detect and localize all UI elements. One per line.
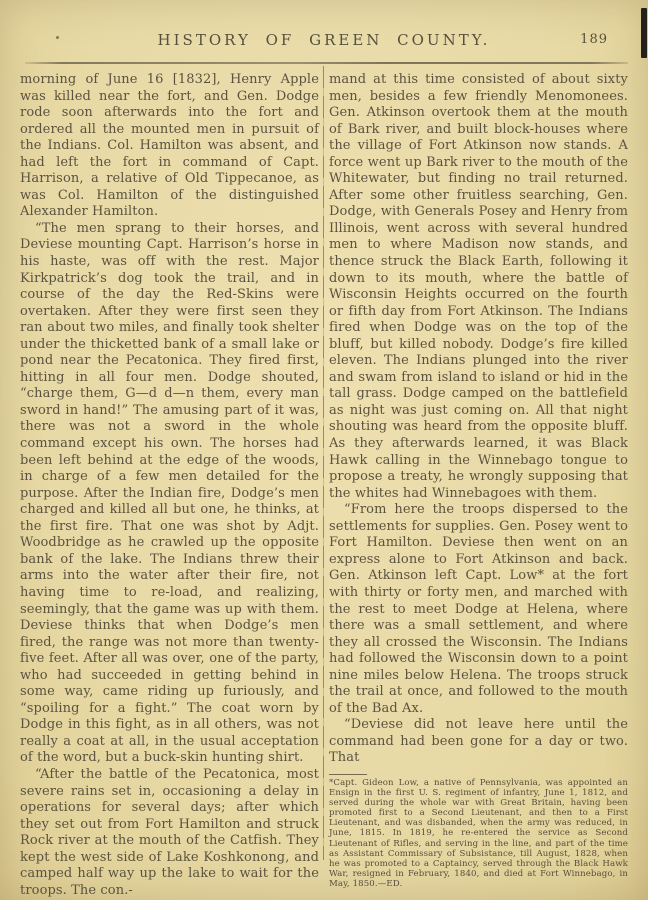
paragraph-continuation: mand at this time consisted of about six… [329, 72, 628, 502]
page-number: 189 [580, 32, 608, 47]
footnote-block: *Capt. Gideon Low, a native of Pennsylva… [329, 774, 628, 889]
footnote-text: *Capt. Gideon Low, a native of Pennsylva… [329, 778, 628, 889]
paragraph-continuation: morning of June 16 [1832], Henry Apple w… [20, 72, 319, 221]
header-rule [25, 62, 628, 64]
paragraph: “Deviese did not leave here until the co… [329, 717, 628, 767]
scan-artifact-strip [641, 8, 647, 58]
paragraph: “From here the troops dispersed to the s… [329, 502, 628, 717]
page-title: HISTORY OF GREEN COUNTY. [158, 31, 491, 49]
right-column: mand at this time consisted of about six… [329, 72, 628, 899]
scan-artifact-dot [56, 36, 59, 39]
text-columns: morning of June 16 [1832], Henry Apple w… [20, 72, 628, 899]
page-header: HISTORY OF GREEN COUNTY. 189 [0, 0, 648, 49]
paragraph: “The men sprang to their horses, and Dev… [20, 221, 319, 767]
footnote-separator-rule [329, 774, 367, 775]
paragraph: “After the battle of the Pecatonica, mos… [20, 767, 319, 899]
left-column: morning of June 16 [1832], Henry Apple w… [20, 72, 319, 899]
book-page: HISTORY OF GREEN COUNTY. 189 morning of … [0, 0, 648, 900]
